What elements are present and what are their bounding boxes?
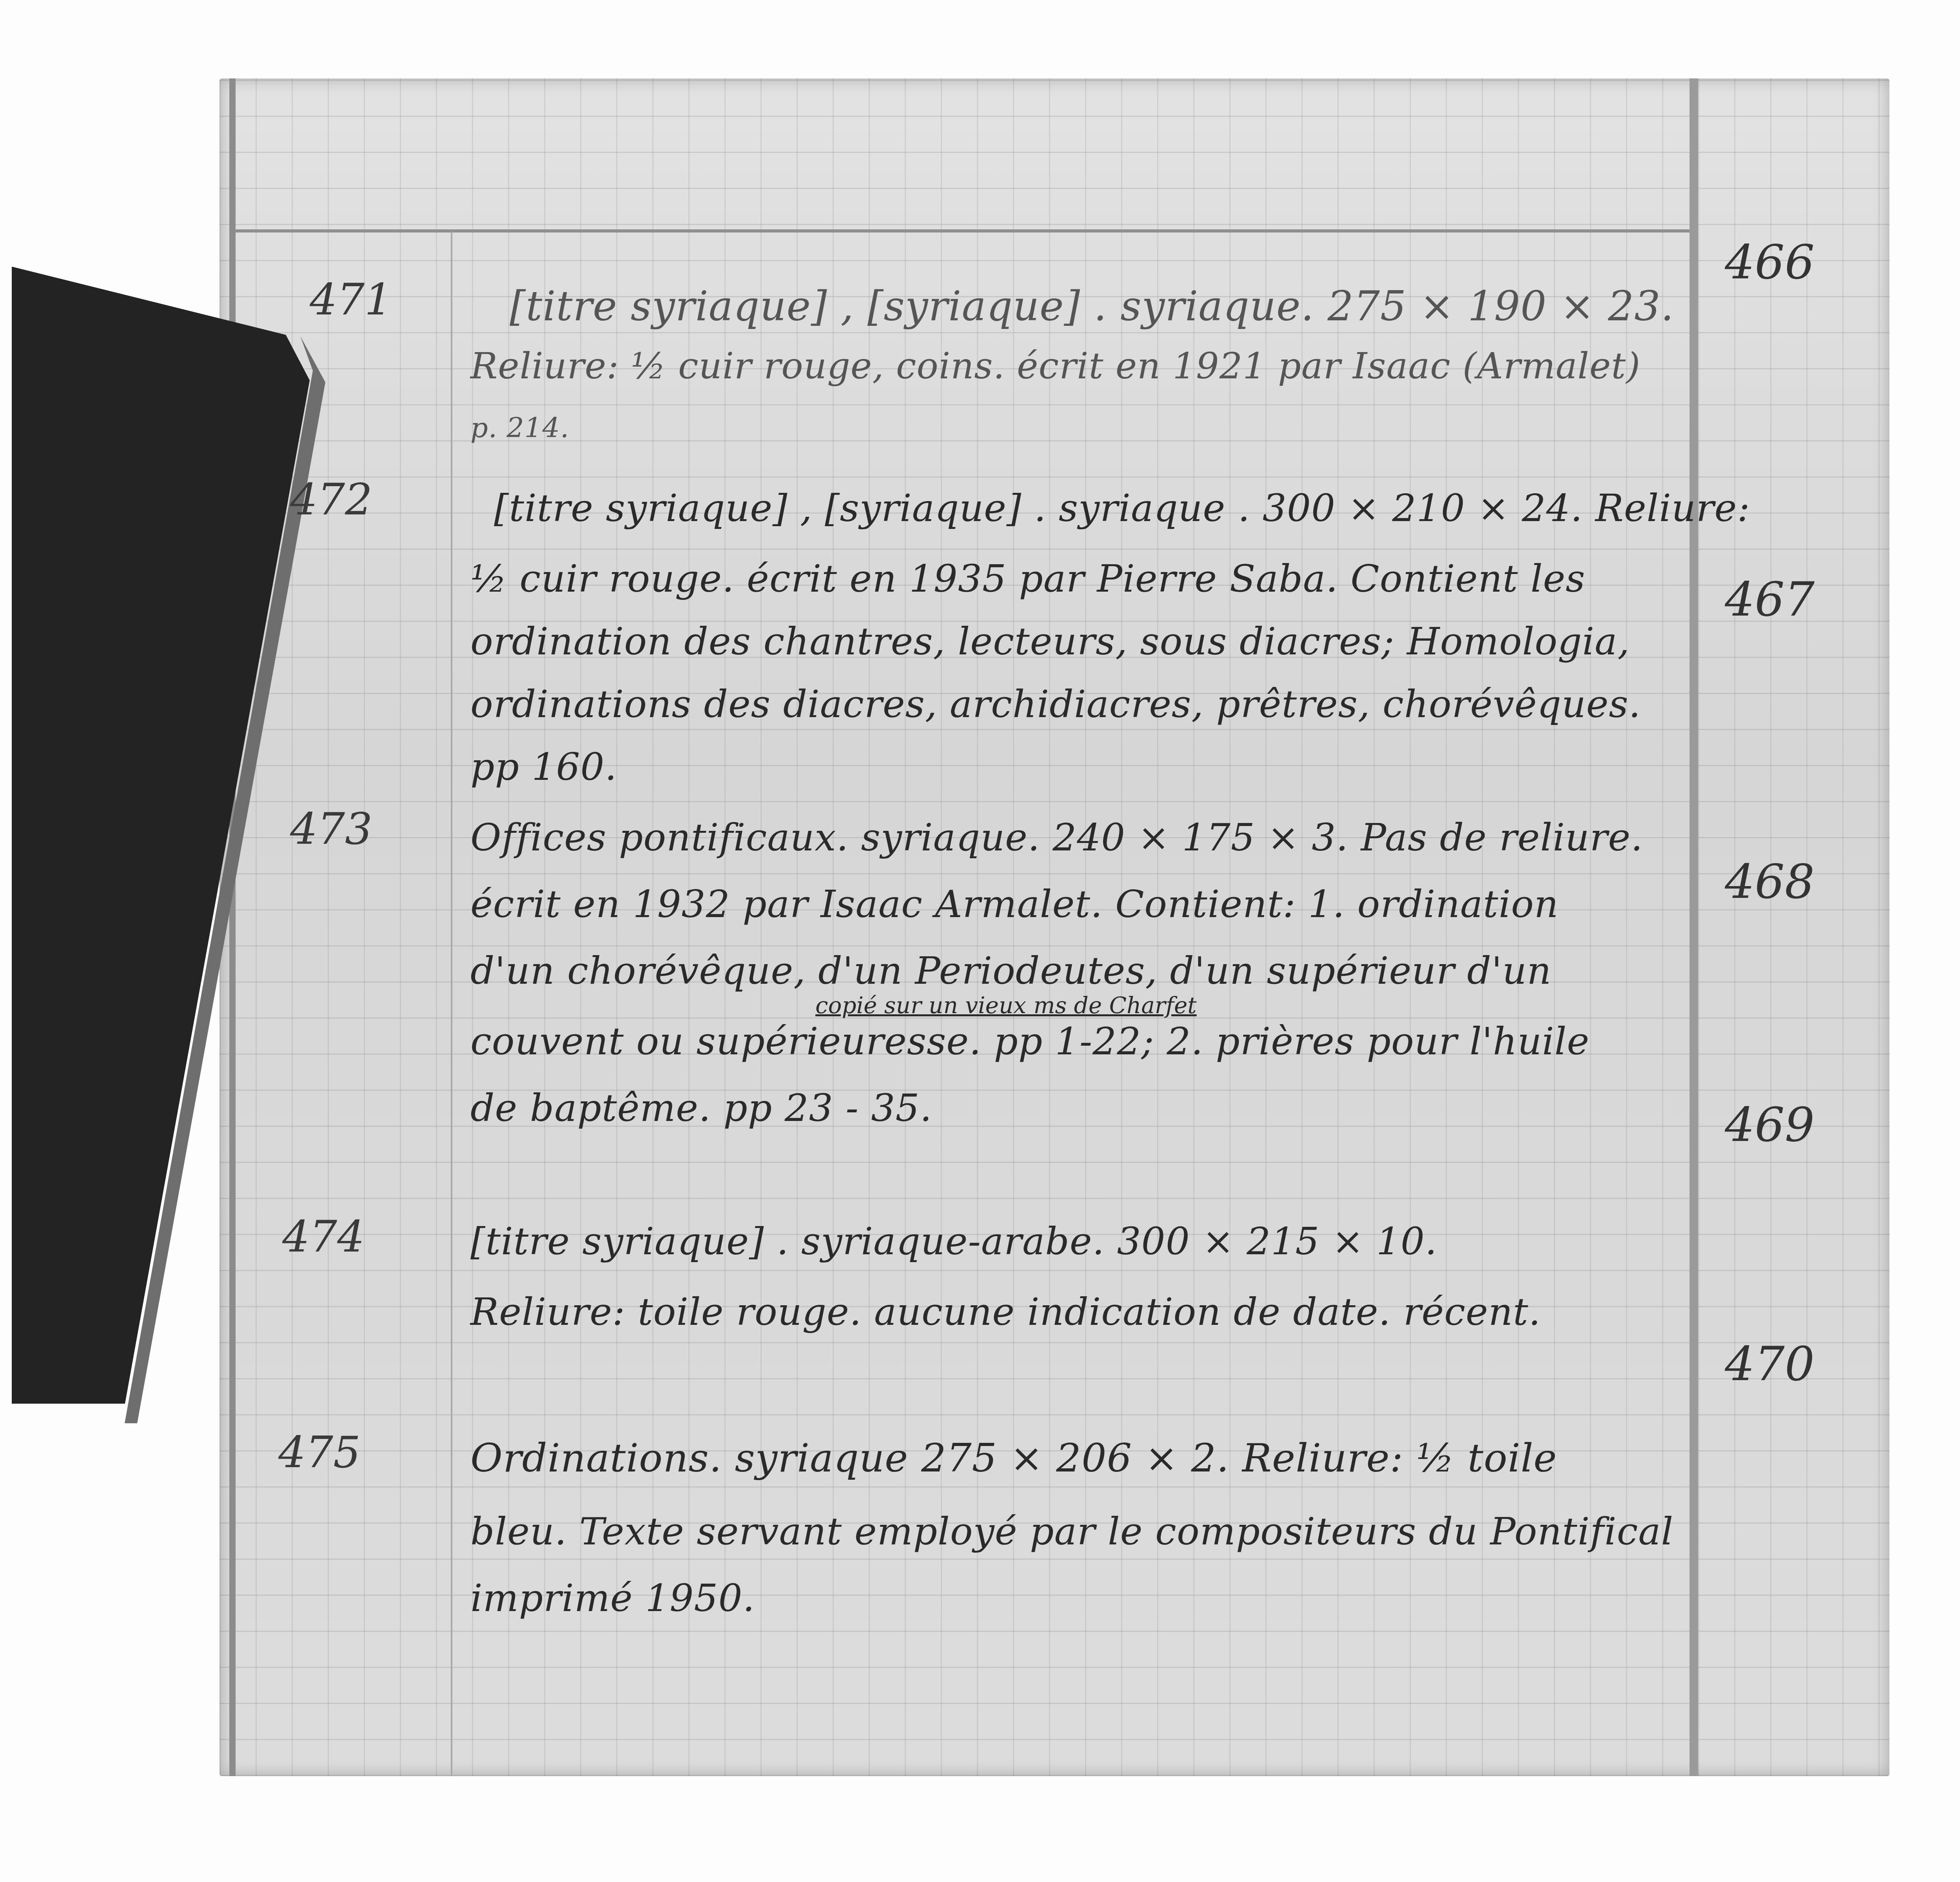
entry-line: p. 214.: [470, 412, 569, 444]
entry-line: couvent ou supérieuresse. pp 1-22; 2. pr…: [470, 1019, 1590, 1063]
page-ref-number: 470: [1725, 1337, 1815, 1392]
entry-line: Ordinations. syriaque 275 × 206 × 2. Rel…: [470, 1435, 1557, 1481]
entry-number: 472: [290, 474, 372, 525]
entry-line: d'un chorévêque, d'un Periodeutes, d'un …: [470, 949, 1552, 993]
entry-line: ordinations des diacres, archidiacres, p…: [470, 682, 1641, 726]
entry-number: 473: [290, 804, 372, 854]
entry-line: de baptême. pp 23 - 35.: [470, 1086, 932, 1130]
photograph: 471 472 473 474 475 466 467 468 469 470 …: [0, 0, 1960, 1882]
entry-number: 471: [310, 274, 392, 325]
interlinear-note: copié sur un vieux ms de Charfet: [815, 992, 1197, 1019]
entry-line: Offices pontificaux. syriaque. 240 × 175…: [470, 816, 1643, 859]
entry-line: écrit en 1932 par Isaac Armalet. Contien…: [470, 882, 1559, 926]
entry-line: [titre syriaque] , [syriaque] . syriaque…: [494, 486, 1750, 530]
page-ref-number: 466: [1725, 235, 1815, 290]
right-margin-rule: [1690, 78, 1698, 1776]
page-ref-number: 467: [1725, 572, 1815, 627]
entry-line: ordination des chantres, lecteurs, sous …: [470, 619, 1630, 663]
top-rule: [235, 229, 1690, 233]
entry-number: 475: [278, 1427, 361, 1477]
entry-line: imprimé 1950.: [470, 1576, 755, 1620]
entry-line: [titre syriaque] , [syriaque] . syriaque…: [510, 282, 1674, 330]
number-column-rule: [451, 231, 452, 1776]
entry-line: bleu. Texte servant employé par le compo…: [470, 1510, 1673, 1553]
page-ref-number: 468: [1725, 855, 1815, 909]
entry-line: [titre syriaque] . syriaque-arabe. 300 ×…: [470, 1219, 1437, 1263]
entry-line: ½ cuir rouge. écrit en 1935 par Pierre S…: [470, 557, 1585, 601]
entry-line: Reliure: toile rouge. aucune indication …: [470, 1290, 1541, 1334]
entry-line: pp 160.: [470, 745, 617, 789]
page-ref-number: 469: [1725, 1098, 1815, 1152]
entry-number: 474: [282, 1212, 365, 1262]
entry-line: Reliure: ½ cuir rouge, coins. écrit en 1…: [470, 345, 1641, 387]
